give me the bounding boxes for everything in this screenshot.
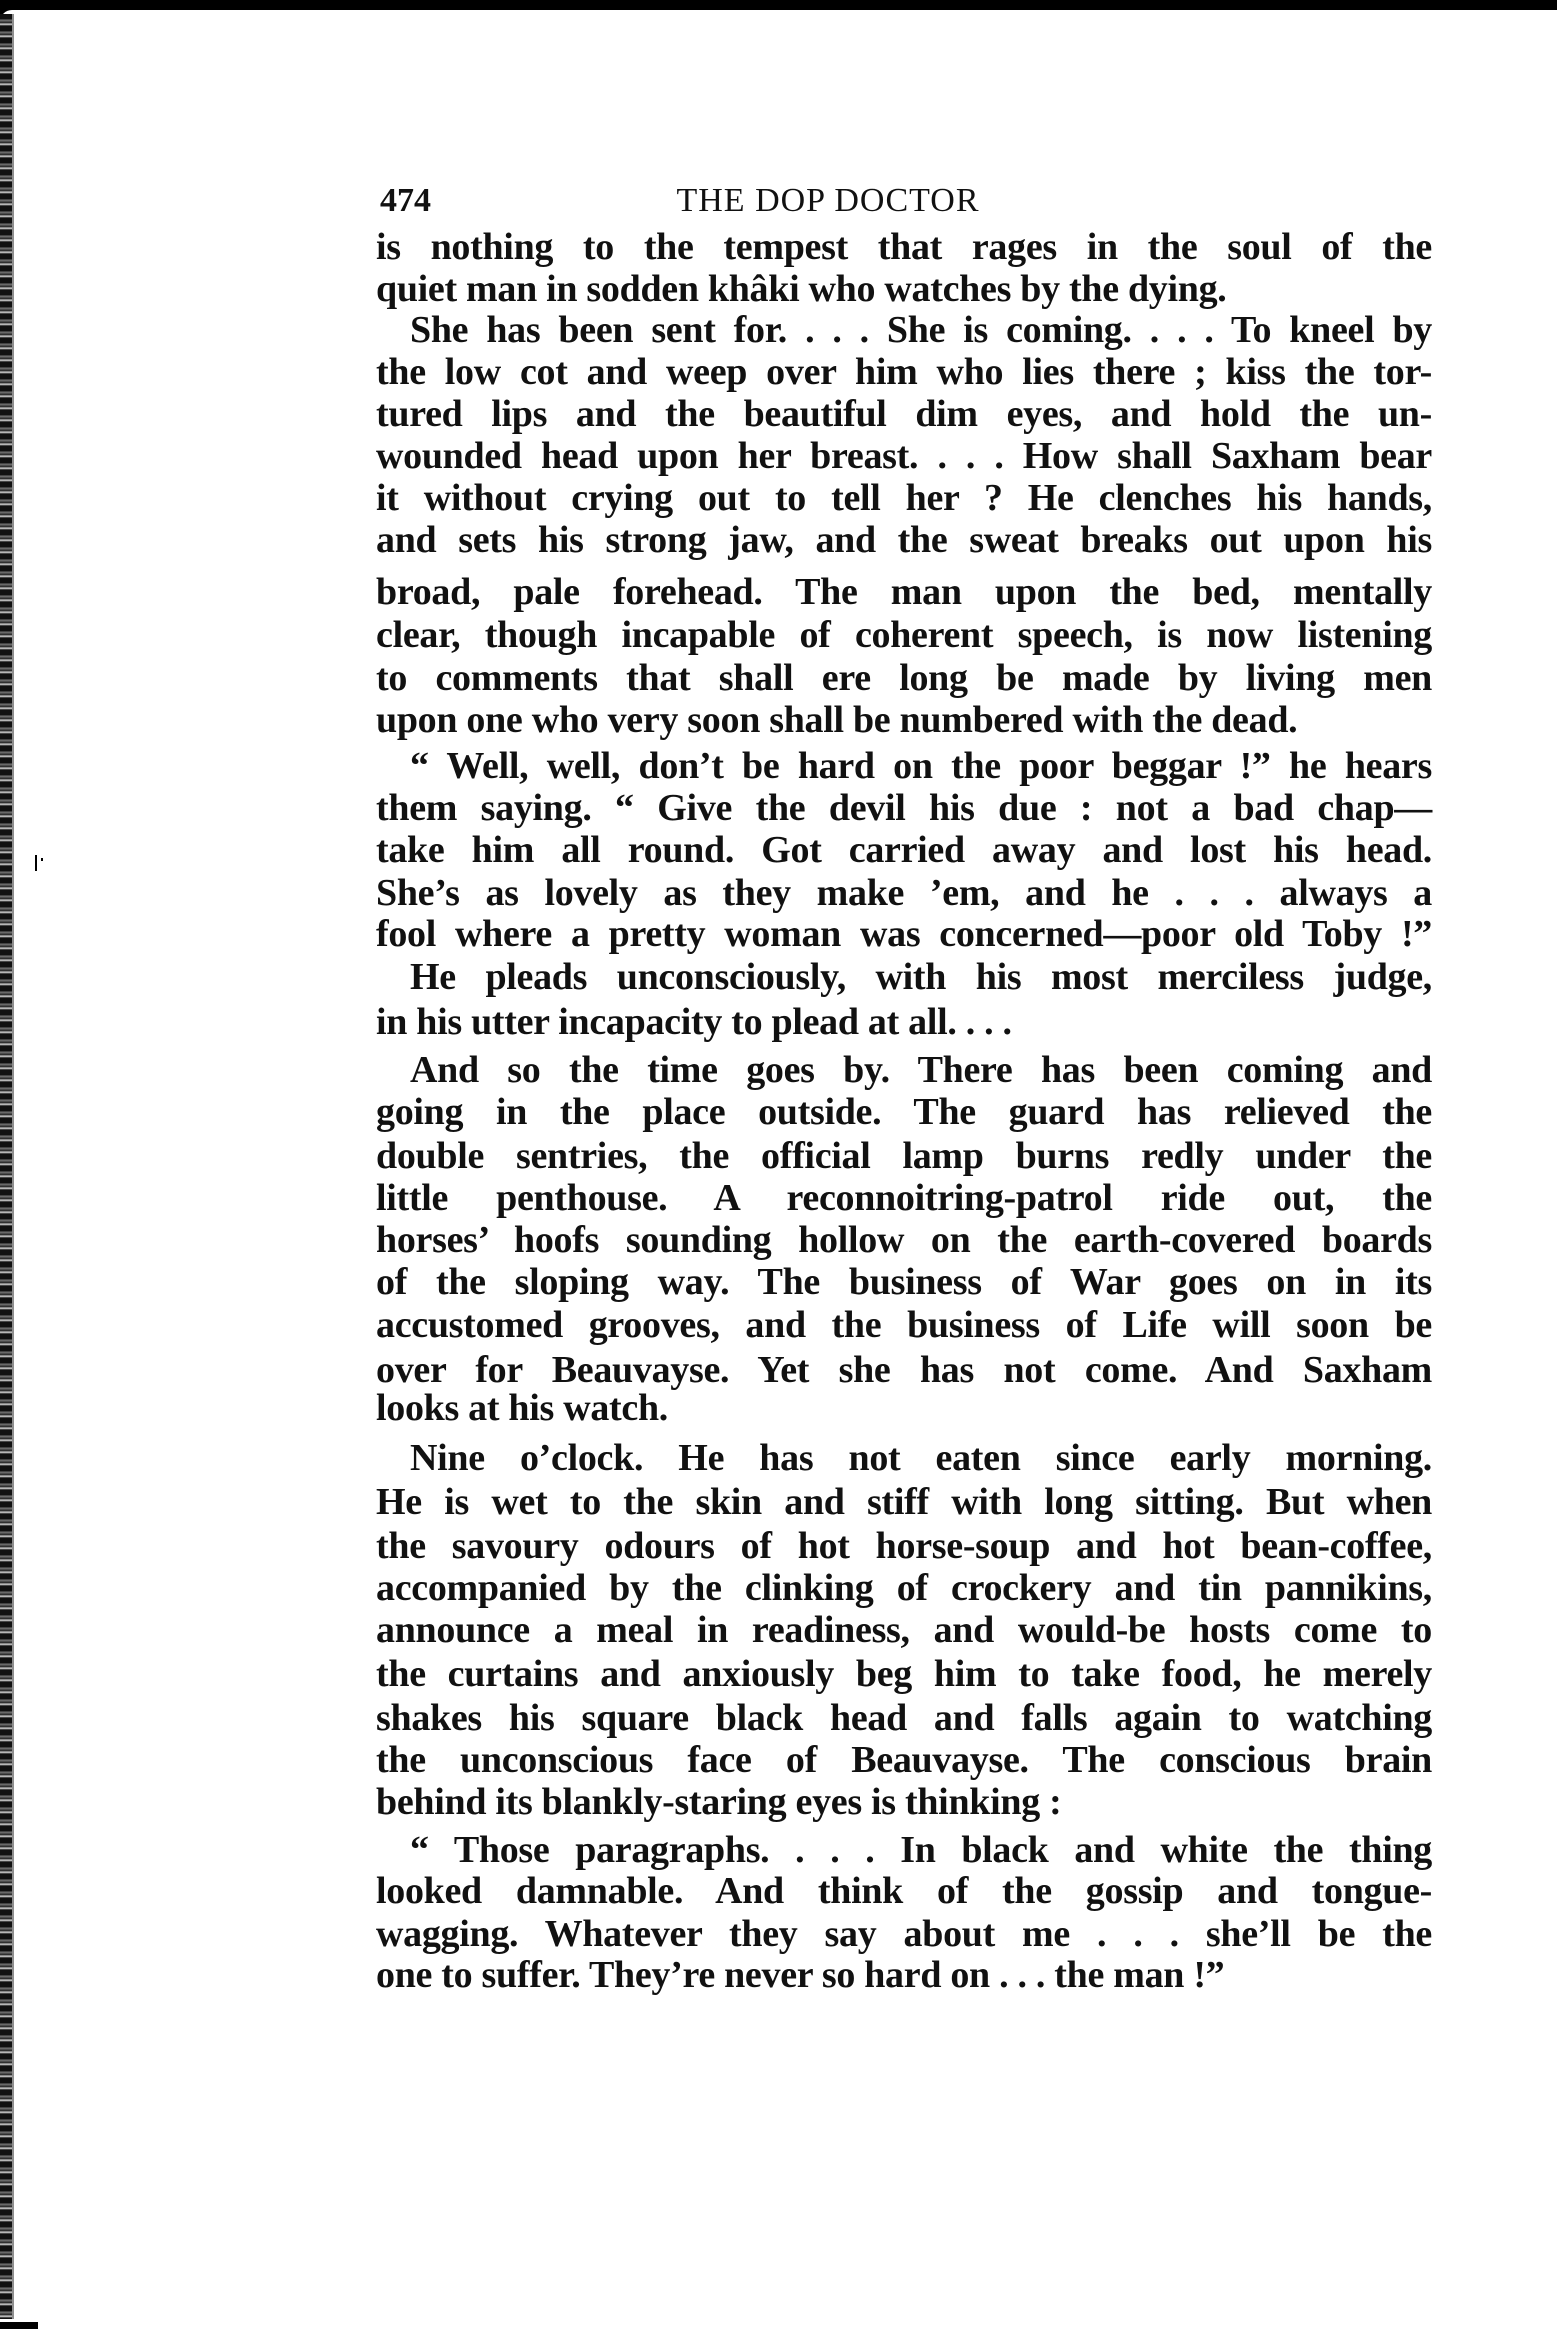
text-line: behind its blankly-staring eyes is think… [376, 1780, 1432, 1824]
text-line: to comments that shall ere long be made … [376, 656, 1432, 700]
text-line: Nine o’clock. He has not eaten since ear… [410, 1436, 1432, 1480]
text-line: “ Well, well, don’t be hard on the poor … [410, 744, 1432, 788]
text-line: And so the time goes by. There has been … [410, 1048, 1432, 1092]
running-title: THE DOP DOCTOR [400, 182, 1256, 220]
text-line: clear, though incapable of coherent spee… [376, 613, 1432, 657]
scan-speck [41, 858, 43, 861]
text-line: “ Those paragraphs. . . . In black and w… [410, 1828, 1432, 1872]
text-line: little penthouse. A reconnoitring-patrol… [376, 1176, 1432, 1220]
text-line: double sentries, the official lamp burns… [376, 1134, 1432, 1178]
text-line: tured lips and the beautiful dim eyes, a… [376, 392, 1432, 436]
text-line: fool where a pretty woman was concerned—… [376, 912, 1432, 956]
text-line: He is wet to the skin and stiff with lon… [376, 1480, 1432, 1524]
text-line: accompanied by the clinking of crockery … [376, 1566, 1432, 1610]
text-line: horses’ hoofs sounding hollow on the ear… [376, 1218, 1432, 1262]
text-line: accustomed grooves, and the business of … [376, 1303, 1432, 1347]
text-line: shakes his square black head and falls a… [376, 1696, 1432, 1740]
text-line: upon one who very soon shall be numbered… [376, 698, 1432, 742]
text-line: and sets his strong jaw, and the sweat b… [376, 518, 1432, 562]
scan-speck [35, 855, 37, 871]
text-line: is nothing to the tempest that rages in … [376, 225, 1432, 269]
text-line: He pleads unconsciously, with his most m… [410, 955, 1432, 999]
text-line: looked damnable. And think of the gossip… [376, 1869, 1432, 1913]
text-line: the low cot and weep over him who lies t… [376, 350, 1432, 394]
text-line: announce a meal in readiness, and would-… [376, 1608, 1432, 1652]
text-line: the curtains and anxiously beg him to ta… [376, 1652, 1432, 1696]
text-line: the savoury odours of hot horse-soup and… [376, 1524, 1432, 1568]
text-line: She has been sent for. . . . She is comi… [410, 308, 1432, 352]
text-line: the unconscious face of Beauvayse. The c… [376, 1738, 1432, 1782]
scan-speck [0, 2322, 38, 2329]
text-line: them saying. “ Give the devil his due : … [376, 786, 1432, 830]
text-line: broad, pale forehead. The man upon the b… [376, 570, 1432, 614]
text-line: She’s as lovely as they make ’em, and he… [376, 871, 1432, 915]
text-line: going in the place outside. The guard ha… [376, 1090, 1432, 1134]
text-line: take him all round. Got carried away and… [376, 828, 1432, 872]
text-line: looks at his watch. [376, 1386, 1432, 1430]
scan-left-border [0, 14, 12, 2319]
text-line: it without crying out to tell her ? He c… [376, 476, 1432, 520]
scan-left-edge-shadow [12, 14, 14, 2319]
text-line: wagging. Whatever they say about me . . … [376, 1912, 1432, 1956]
page-top-edge [0, 10, 1557, 22]
text-line: wounded head upon her breast. . . . How … [376, 434, 1432, 478]
text-line: one to suffer. They’re never so hard on … [376, 1953, 1432, 1997]
text-line: in his utter incapacity to plead at all.… [376, 1000, 1432, 1044]
text-line: of the sloping way. The business of War … [376, 1260, 1432, 1304]
text-line: quiet man in sodden khâki who watches by… [376, 267, 1432, 311]
